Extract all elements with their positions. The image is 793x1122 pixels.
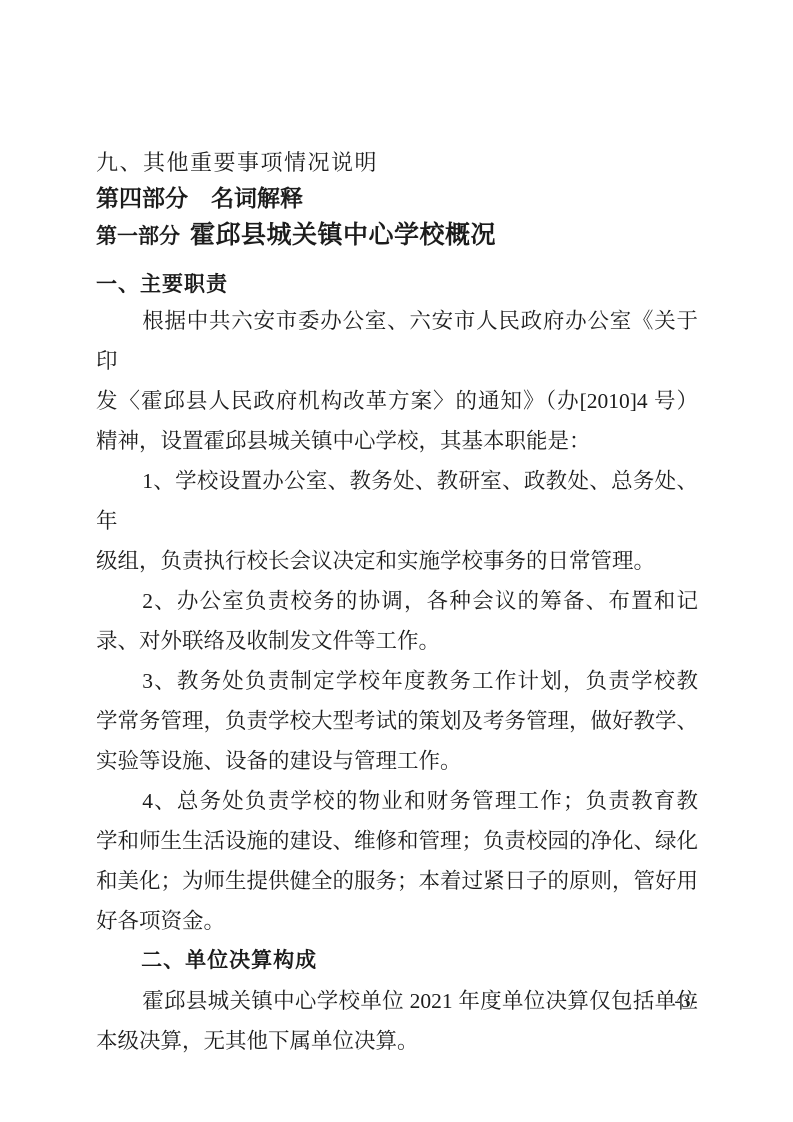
paragraph-line: 4、总务处负责学校的物业和财务管理工作；负责教育教 — [96, 781, 698, 821]
heading-unit-final-accounts-composition: 二、单位决算构成 — [96, 941, 698, 981]
paragraph-line: 本级决算，无其他下属单位决算。 — [96, 1021, 698, 1061]
paragraph-line: 实验等设施、设备的建设与管理工作。 — [96, 741, 698, 781]
paragraph-item-4: 4、总务处负责学校的物业和财务管理工作；负责教育教学和师生生活设施的建设、维修和… — [96, 781, 698, 941]
part1-label: 第一部分 — [96, 225, 180, 248]
paragraph-line: 根据中共六安市委办公室、六安市人民政府办公室《关于印 — [96, 301, 698, 381]
page-number: -3- — [674, 991, 698, 1013]
paragraph-line: 学和师生生活设施的建设、维修和管理；负责校园的净化、绿化 — [96, 821, 698, 861]
part1-title: 霍邱县城关镇中心学校概况 — [190, 221, 496, 249]
paragraph-line: 级组，负责执行校长会议决定和实施学校事务的日常管理。 — [96, 541, 698, 581]
paragraph-line: 1、学校设置办公室、教务处、教研室、政教处、总务处、年 — [96, 461, 698, 541]
heading-part1: 第一部分霍邱县城关镇中心学校概况 — [96, 219, 698, 255]
paragraph-line: 2、办公室负责校务的协调，各种会议的筹备、布置和记 — [96, 581, 698, 621]
paragraph-intro: 根据中共六安市委办公室、六安市人民政府办公室《关于印发〈霍邱县人民政府机构改革方… — [96, 301, 698, 461]
paragraph-line: 精神，设置霍邱县城关镇中心学校，其基本职能是： — [96, 421, 698, 461]
paragraph-line: 学常务管理，负责学校大型考试的策划及考务管理，做好教学、 — [96, 701, 698, 741]
paragraph-item-3: 3、教务处负责制定学校年度教务工作计划，负责学校教学常务管理，负责学校大型考试的… — [96, 661, 698, 781]
paragraph-line: 发〈霍邱县人民政府机构改革方案〉的通知》（办[2010]4 号） — [96, 381, 698, 421]
paragraph-composition: 霍邱县城关镇中心学校单位 2021 年度单位决算仅包括单位本级决算，无其他下属单… — [96, 981, 698, 1061]
document-content: 九、其他重要事项情况说明 第四部分 名词解释 第一部分霍邱县城关镇中心学校概况 … — [96, 149, 698, 1061]
paragraph-item-2: 2、办公室负责校务的协调，各种会议的筹备、布置和记录、对外联络及收制发文件等工作… — [96, 581, 698, 661]
heading-part4-glossary: 第四部分 名词解释 — [96, 184, 698, 213]
paragraph-line: 霍邱县城关镇中心学校单位 2021 年度单位决算仅包括单位 — [96, 981, 698, 1021]
paragraph-line: 3、教务处负责制定学校年度教务工作计划，负责学校教 — [96, 661, 698, 701]
document-page: 九、其他重要事项情况说明 第四部分 名词解释 第一部分霍邱县城关镇中心学校概况 … — [0, 0, 793, 1122]
heading-main-duties: 一、主要职责 — [96, 272, 698, 298]
toc-item-other-matters: 九、其他重要事项情况说明 — [96, 149, 698, 177]
paragraph-line: 录、对外联络及收制发文件等工作。 — [96, 621, 698, 661]
paragraph-line: 好各项资金。 — [96, 901, 698, 941]
paragraph-item-1: 1、学校设置办公室、教务处、教研室、政教处、总务处、年级组，负责执行校长会议决定… — [96, 461, 698, 581]
body-text: 根据中共六安市委办公室、六安市人民政府办公室《关于印发〈霍邱县人民政府机构改革方… — [96, 301, 698, 1061]
paragraph-line: 和美化；为师生提供健全的服务；本着过紧日子的原则，管好用 — [96, 861, 698, 901]
